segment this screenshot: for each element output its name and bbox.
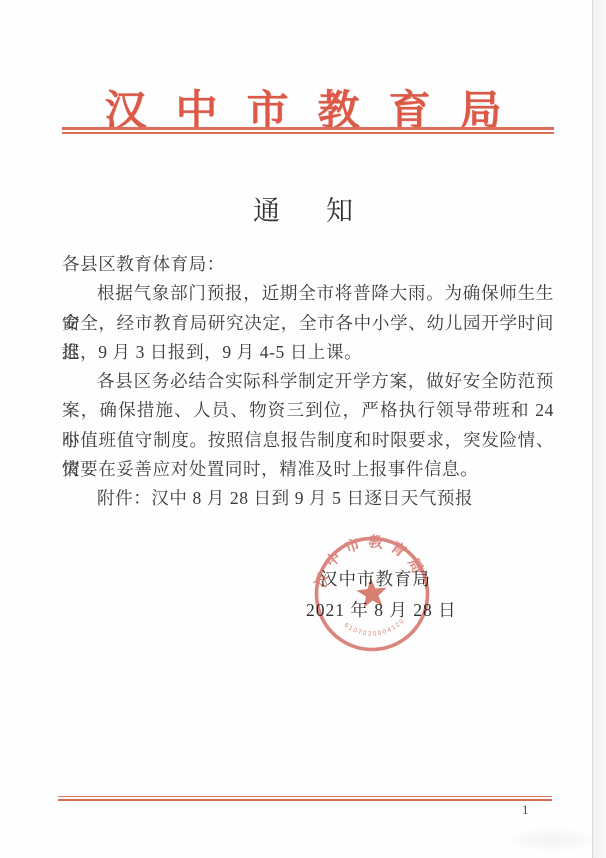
body-line: 各县区务必结合实际科学制定开学方案，做好安全防范预: [62, 367, 554, 396]
letterhead-double-rule: [62, 127, 554, 134]
body-line: 情要在妥善应对处置同时，精准及时上报事件信息。: [62, 455, 554, 484]
scan-edge-band: [593, 0, 606, 858]
document-title-char: 知: [326, 189, 353, 228]
scan-edge-line: [592, 0, 593, 858]
body-line: 安全，经市教育局研究决定，全市各中小学、幼儿园开学时间推: [62, 309, 554, 338]
official-seal-icon: 汉中市教育局 6107020004120: [307, 529, 437, 659]
notice-body: 各县区教育体育局： 根据气象部门预报，近期全市将普降大雨。为确保师生生命 安全，…: [62, 250, 554, 514]
seal-code: 6107020004120: [342, 616, 408, 640]
body-line: 案，确保措施、人员、物资三到位，严格执行领导带班和 24 小: [62, 396, 554, 425]
body-line: 迟，9 月 3 日报到，9 月 4-5 日上课。: [62, 338, 554, 367]
seal-star-icon: [355, 577, 388, 608]
body-line: 根据气象部门预报，近期全市将普降大雨。为确保师生生命: [62, 279, 554, 308]
salutation: 各县区教育体育局：: [62, 250, 554, 279]
scanned-notice-page: 汉中市教育局 通 知 各县区教育体育局： 根据气象部门预报，近期全市将普降大雨。…: [0, 0, 606, 858]
document-title-char: 通: [253, 189, 280, 228]
page-number: 1: [522, 802, 529, 818]
svg-text:6107020004120: 6107020004120: [342, 616, 408, 640]
faint-watermark: [505, 828, 600, 852]
attachment-line: 附件：汉中 8 月 28 日到 9 月 5 日逐日天气预报: [62, 484, 554, 513]
body-line: 时值班值守制度。按照信息报告制度和时限要求，突发险情、灾: [62, 426, 554, 455]
document-title: 通 知: [0, 189, 606, 228]
footer-double-rule: [58, 796, 552, 801]
